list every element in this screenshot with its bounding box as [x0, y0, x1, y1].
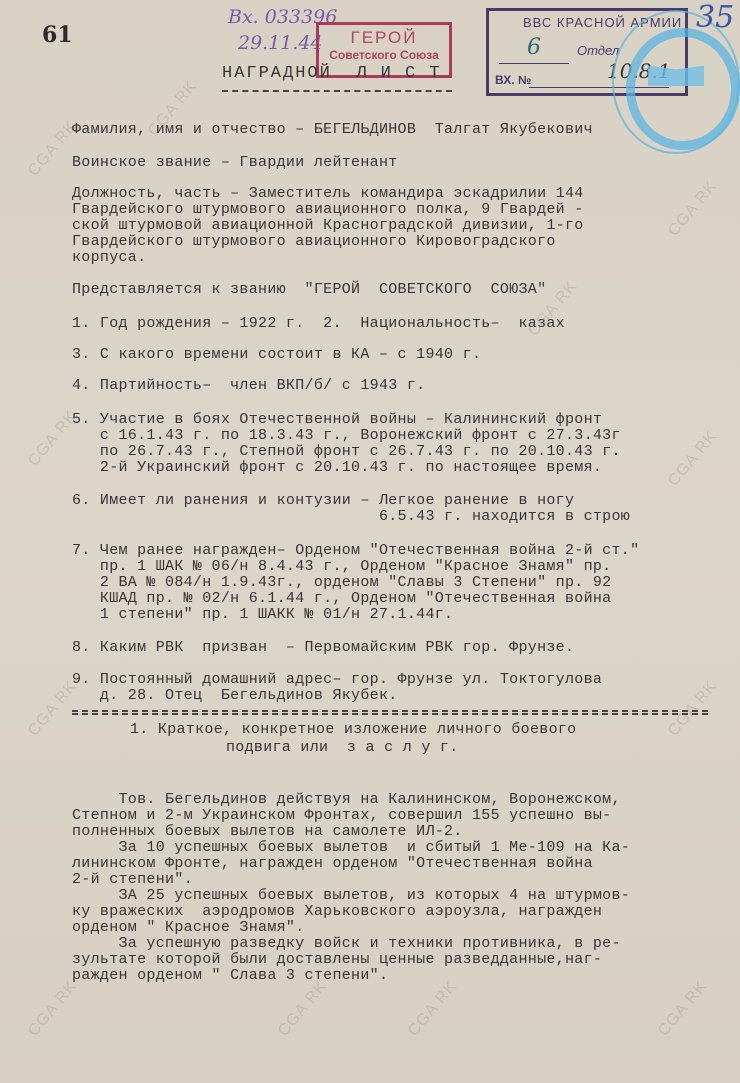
narrative-line: Тов. Бегельдинов действуя на Калининском…	[72, 792, 621, 807]
watermark: CGA RK	[665, 178, 722, 240]
combat-line: 5. Участие в боях Отечественной войны – …	[72, 412, 602, 427]
narrative-line: зультате которой были доставлены ценные …	[72, 952, 602, 967]
wounds-line: 6. Имеет ли ранения и контузии – Легкое …	[72, 493, 574, 508]
vvs-stamp-incoming-label: ВХ. №	[495, 73, 531, 87]
registration-date: 29.11.44	[238, 32, 323, 54]
narrative-line: ЗА 25 успешных боевых вылетов, из которы…	[72, 888, 630, 903]
position-line: Гвардейского штурмового авиационного пол…	[72, 202, 584, 217]
narrative-line: орденом " Красное Знамя".	[72, 920, 305, 935]
document-title: НАГРАДНОЙ Л И С Т	[222, 66, 442, 81]
position-line: ской штурмовой авиационной Красноградско…	[72, 218, 584, 233]
narrative-line: ку вражеских аэродромов Харьковского аэр…	[72, 904, 602, 919]
narrative-line: лининском Фронте, награжден орденом "Оте…	[72, 856, 593, 871]
section-heading: 1. Краткое, конкретное изложение личного…	[130, 722, 576, 737]
hero-stamp-line1: ГЕРОЙ	[319, 28, 449, 48]
section-divider	[72, 713, 708, 715]
corner-number: 61	[42, 22, 73, 48]
position-line: Гвардейского штурмового авиационного Кир…	[72, 234, 556, 249]
field-service-since: 3. С какого времени состоит в КА – с 194…	[72, 347, 481, 362]
awards-line: 2 ВА № 084/н 1.9.43г., орденом "Славы 3 …	[72, 575, 611, 590]
narrative-line: полненных боевых вылетов на самолете ИЛ-…	[72, 824, 463, 839]
watermark: CGA RK	[275, 978, 332, 1040]
address-line: 9. Постоянный домашний адрес– гор. Фрунз…	[72, 672, 602, 687]
archive-seal-ring	[626, 28, 740, 150]
field-party: 4. Партийность– член ВКП/б/ с 1943 г.	[72, 378, 425, 393]
narrative-line: За успешную разведку войск и техники про…	[72, 936, 621, 951]
field-rank: Воинское звание – Гвардии лейтенант	[72, 155, 398, 170]
section-divider	[72, 710, 708, 712]
vvs-stamp-line	[499, 63, 569, 64]
watermark: CGA RK	[665, 678, 722, 740]
section-heading-cont: подвига или з а с л у г.	[226, 740, 459, 755]
awards-line: КШАД пр. № 02/н 6.1.44 г., Орденом "Отеч…	[72, 591, 611, 606]
address-line: д. 28. Отец Бегельдинов Якубек.	[72, 688, 398, 703]
awards-line: пр. 1 ШАК № 06/н 8.4.43 г., Орденом "Кра…	[72, 559, 611, 574]
vvs-stamp-dept-label: Отдел	[577, 43, 619, 58]
watermark: CGA RK	[405, 978, 462, 1040]
watermark: CGA RK	[655, 978, 712, 1040]
wounds-line: 6.5.43 г. находится в строю	[72, 509, 630, 524]
page-number: 35	[696, 0, 734, 35]
field-birth-nationality: 1. Год рождения – 1922 г. 2. Национально…	[72, 316, 565, 331]
field-conscription: 8. Каким РВК призван – Первомайским РВК …	[72, 640, 574, 655]
watermark: CGA RK	[665, 428, 722, 490]
awards-line: 1 степени" пр. 1 ШАКК № 01/н 27.1.44г.	[72, 607, 453, 622]
narrative-line: 2-й степени".	[72, 872, 193, 887]
vvs-stamp-dept-number: 6	[527, 35, 541, 60]
narrative-line: ражден орденом " Слава 3 степени".	[72, 968, 388, 983]
document-page: CGA RK CGA RK CGA RK CGA RK CGA RK CGA R…	[0, 0, 740, 1083]
watermark: CGA RK	[25, 978, 82, 1040]
field-full-name: Фамилия, имя и отчество – БЕГЕЛЬДИНОВ Та…	[72, 122, 593, 137]
field-nominated-for: Представляется к званию "ГЕРОЙ СОВЕТСКОГ…	[72, 282, 546, 297]
narrative-line: Степном и 2-м Украинском Фронтах, соверш…	[72, 808, 611, 823]
position-line: корпуса.	[72, 250, 146, 265]
combat-line: по 26.7.43 г., Степной фронт с 26.7.43 г…	[72, 444, 621, 459]
awards-line: 7. Чем ранее награжден– Орденом "Отечест…	[72, 543, 639, 558]
narrative-line: За 10 успешных боевых вылетов и сбитый 1…	[72, 840, 630, 855]
title-underline	[222, 90, 452, 92]
combat-line: с 16.1.43 г. по 18.3.43 г., Воронежский …	[72, 428, 621, 443]
hero-stamp-line2: Советского Союза	[319, 48, 449, 62]
combat-line: 2-й Украинский фронт с 20.10.43 г. по на…	[72, 460, 602, 475]
position-line: Должность, часть – Заместитель командира…	[72, 186, 584, 201]
